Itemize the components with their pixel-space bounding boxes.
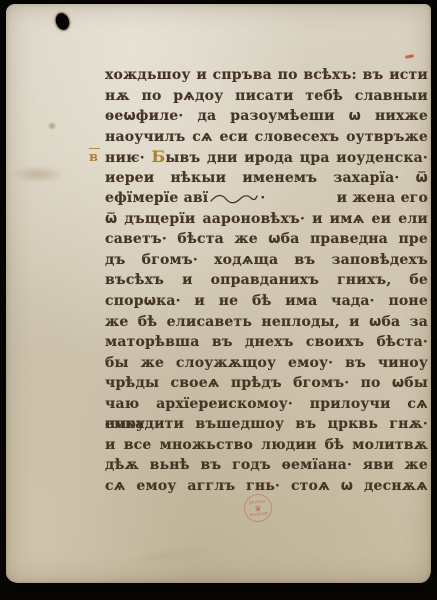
british-museum-stamp: BRITISH ♛ MUSEUM	[243, 493, 274, 524]
text-segment: нѫ по рѧдоу писати тебѣ славныи	[105, 88, 428, 104]
text-segment: иереи нѣкыи именемъ захарїа· ѿ	[105, 170, 428, 186]
stamp-text-top: BRITISH	[249, 500, 266, 505]
line-filler-flourish-icon	[210, 193, 258, 205]
text-segment: ниѥ·	[105, 150, 151, 166]
parchment-stain	[47, 122, 57, 130]
manuscript-text-line: чрѣды своеѧ прѣдъ бгомъ· по ѡбы	[105, 373, 428, 394]
manuscript-text-line: дѣѫ вьнѣ въ годъ ѳемїана· яви же	[105, 455, 428, 476]
manuscript-page: в хождьшоу и спръва по всѣхъ: въ истинѫ …	[6, 4, 431, 583]
text-segment: хождьшоу и спръва по всѣхъ: въ исти	[105, 67, 428, 83]
stamp-text-bottom: MUSEUM	[249, 512, 267, 517]
text-segment: спорѡка· и не бѣ има чада· поне	[105, 293, 428, 309]
text-segment: чрѣды своеѧ прѣдъ бгомъ· по ѡбы	[105, 375, 428, 391]
manuscript-text-line: ѿ дъщерїи аароновѣхъ· и имѧ еи ели	[105, 209, 428, 230]
text-segment: сѧ емоу агглъ гнь· стоѧ ѡ деснѫѧ	[105, 478, 428, 494]
manuscript-text-line: сѧ емоу агглъ гнь· стоѧ ѡ деснѫѧ	[105, 476, 428, 497]
text-segment: ывъ дни ирода цра иоуденска·	[165, 150, 428, 166]
manuscript-text-line: ѳеѡфиле· да разоумѣеши ѡ нихже	[105, 106, 428, 127]
manuscript-text-line: спорѡка· и не бѣ има чада· поне	[105, 291, 428, 312]
manuscript-text-line: наоучилъ сѧ еси словесехъ оутвръже	[105, 127, 428, 148]
text-segment: и все множьство людии бѣ молитвѫ	[105, 437, 428, 453]
manuscript-text-line: хождьшоу и спръва по всѣхъ: въ исти	[105, 65, 428, 86]
text-segment: ѿ дъщерїи аароновѣхъ· и имѧ еи ели	[105, 211, 428, 227]
text-segment: покадити въшедшоу въ црквь гнѫ·	[105, 416, 428, 432]
manuscript-text-line: дъ бгомъ· ходѧща въ заповѣдехъ	[105, 250, 428, 271]
text-segment: ефїмерїе авї	[105, 188, 208, 209]
manuscript-text-line: же бѣ елисаветь неплоды, и ѡба за	[105, 312, 428, 333]
parchment-stain	[12, 166, 64, 183]
photograph-background: в хождьшоу и спръва по всѣхъ: въ истинѫ …	[0, 0, 437, 600]
crown-icon: ♛	[254, 504, 262, 512]
manuscript-text-line: саветъ· бѣста же ѡба праведна пре	[105, 229, 428, 250]
manuscript-text-line: маторѣвша въ днехъ своихъ бѣста·	[105, 332, 428, 353]
manuscript-text-line: въсѣхъ и оправданихъ гнихъ, бе	[105, 270, 428, 291]
red-pen-mark	[405, 54, 414, 59]
manuscript-text-line: нѫ по рѧдоу писати тебѣ славныи	[105, 86, 428, 107]
text-segment: дѣѫ вьнѣ въ годъ ѳемїана· яви же	[105, 457, 428, 473]
parchment-wormhole	[54, 11, 72, 31]
marginal-chapter-number: в	[89, 150, 98, 165]
manuscript-text-line: чаю архїереискомоу· прилоучи сѧ емоу	[105, 394, 428, 415]
parchment-stain	[123, 543, 214, 568]
text-segment: ·	[260, 188, 265, 209]
gold-initial-letter: Б	[151, 147, 165, 166]
text-segment: въсѣхъ и оправданихъ гнихъ, бе	[105, 272, 428, 288]
text-segment: саветъ· бѣста же ѡба праведна пре	[105, 231, 428, 247]
text-segment: маторѣвша въ днехъ своихъ бѣста·	[105, 334, 428, 350]
text-segment: наоучилъ сѧ еси словесехъ оутвръже	[105, 129, 428, 145]
manuscript-text-line: иереи нѣкыи именемъ захарїа· ѿ	[105, 168, 428, 189]
manuscript-text-line: ниѥ· Бывъ дни ирода цра иоуденска·	[105, 147, 428, 168]
text-segment: дъ бгомъ· ходѧща въ заповѣдехъ	[105, 252, 428, 268]
text-segment: и жена его	[337, 188, 428, 209]
manuscript-text-line: ефїмерїе авї·и жена его	[105, 188, 428, 209]
manuscript-text-line: бы же слоужѫщоу емоу· въ чиноу	[105, 353, 428, 374]
manuscript-text-line: покадити въшедшоу въ црквь гнѫ·	[105, 414, 428, 435]
manuscript-text-block: хождьшоу и спръва по всѣхъ: въ истинѫ по…	[105, 65, 428, 496]
text-segment: же бѣ елисаветь неплоды, и ѡба за	[105, 314, 428, 330]
text-segment: ѳеѡфиле· да разоумѣеши ѡ нихже	[105, 108, 428, 124]
manuscript-text-line: и все множьство людии бѣ молитвѫ	[105, 435, 428, 456]
text-segment: бы же слоужѫщоу емоу· въ чиноу	[105, 355, 428, 371]
